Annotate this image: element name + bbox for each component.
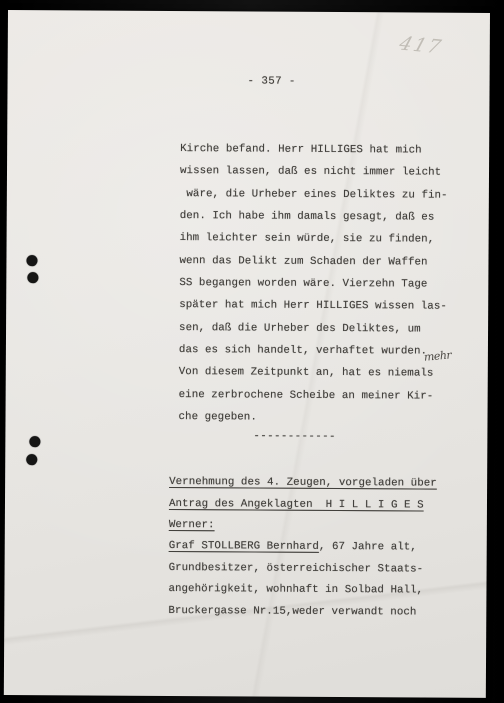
text-line: sen, daß die Urheber des Deliktes, um [179,317,447,341]
text-line: SS begangen worden wäre. Vierzehn Tage [179,272,447,296]
text-line: wäre, die Urheber eines Deliktes zu fin- [180,183,448,207]
text-line: Grundbesitzer, österreichischer Staats- [169,557,424,580]
text-line: Bruckergasse Nr.15,weder verwandt noch [168,600,423,623]
witness-detail-lines: Grundbesitzer, österreichischer Staats-a… [168,557,423,623]
page-number: - 357 - [248,75,296,87]
text-line: Kirche befand. Herr HILLIGES hat mich [180,138,448,162]
text-line: Werner: [169,515,437,538]
punch-hole-dot [26,255,37,266]
text-line: den. Ich habe ihm damals gesagt, daß es [180,205,448,229]
text-line: wenn das Delikt zum Schaden der Waffen [179,250,447,274]
punch-hole-dot [29,436,40,447]
witness-name-line: Graf STOLLBERG Bernhard, 67 Jahre alt, [169,536,424,559]
witness-details: Graf STOLLBERG Bernhard, 67 Jahre alt, G… [168,536,423,624]
witness-name-rest: , 67 Jahre alt, [319,541,417,554]
text-line: wissen lassen, daß es nicht immer leicht [180,160,448,184]
text-line: angehörigkeit, wohnhaft in Solbad Hall, [168,579,423,602]
text-line: das es sich handelt, verhaftet wurden. [179,339,447,363]
text-line: Antrag des Angeklagten H I L L I G E S [169,493,437,516]
handwritten-correction: mehr [423,349,451,364]
text-line: Vernehmung des 4. Zeugen, vorgeladen übe… [169,472,437,495]
scan-background: 417 - 357 - Kirche befand. Herr HILLIGES… [0,0,504,703]
testimony-paragraph: Kirche befand. Herr HILLIGES hat michwis… [178,138,447,430]
text-line: später hat mich Herr HILLIGES wissen las… [179,294,447,318]
pencil-annotation: 417 [397,33,446,58]
typed-divider: ------------ [253,431,336,444]
text-line: Von diesem Zeitpunkt an, hat es niemals [179,361,447,385]
document-page: 417 - 357 - Kirche befand. Herr HILLIGES… [4,10,490,698]
punch-hole-dot [27,272,38,283]
punch-hole-dot [26,454,37,465]
text-line: che gegeben. [178,406,446,430]
text-line: ihm leichter sein würde, sie zu finden, [180,227,448,251]
text-line: eine zerbrochene Scheibe an meiner Kir- [179,384,447,408]
witness-name: Graf STOLLBERG Bernhard [169,540,319,553]
deposition-heading: Vernehmung des 4. Zeugen, vorgeladen übe… [169,472,437,538]
